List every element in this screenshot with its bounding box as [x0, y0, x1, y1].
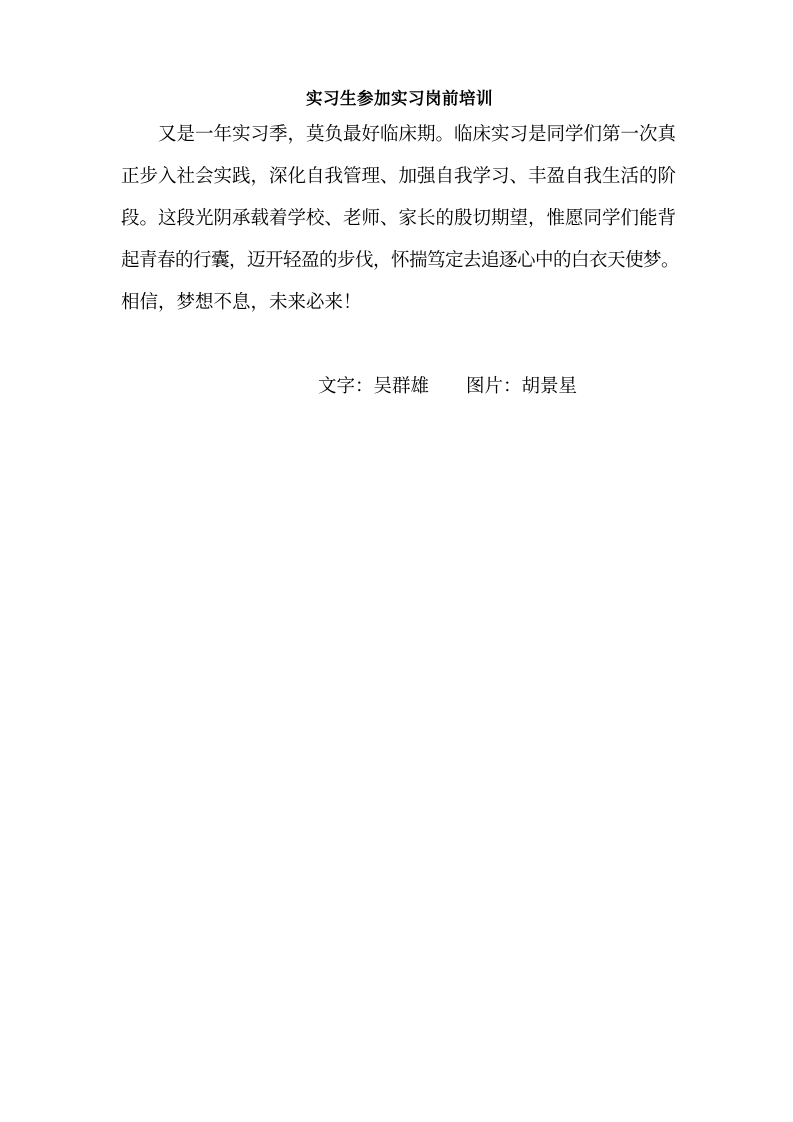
- paragraph-line: 正步入社会实践，深化自我管理、加强自我学习、丰盈自我生活的阶: [121, 156, 678, 198]
- blank-line: [121, 324, 678, 366]
- document-content: 实习生参加实习岗前培训 又是一年实习季，莫负最好临床期。临床实习是同学们第一次真…: [121, 86, 678, 408]
- document-page: 实习生参加实习岗前培训 又是一年实习季，莫负最好临床期。临床实习是同学们第一次真…: [0, 0, 793, 1122]
- credit-line: 文字：吴群雄 图片：胡景星: [121, 366, 678, 408]
- paragraph-line: 相信，梦想不息，未来必来！: [121, 282, 678, 324]
- paragraph-line: 又是一年实习季，莫负最好临床期。临床实习是同学们第一次真: [121, 114, 678, 156]
- body-paragraph: 又是一年实习季，莫负最好临床期。临床实习是同学们第一次真 正步入社会实践，深化自…: [121, 114, 678, 324]
- paragraph-line: 段。这段光阴承载着学校、老师、家长的殷切期望，惟愿同学们能背: [121, 198, 678, 240]
- document-title: 实习生参加实习岗前培训: [121, 86, 678, 112]
- paragraph-line: 起青春的行囊，迈开轻盈的步伐，怀揣笃定去追逐心中的白衣天使梦。: [121, 240, 678, 282]
